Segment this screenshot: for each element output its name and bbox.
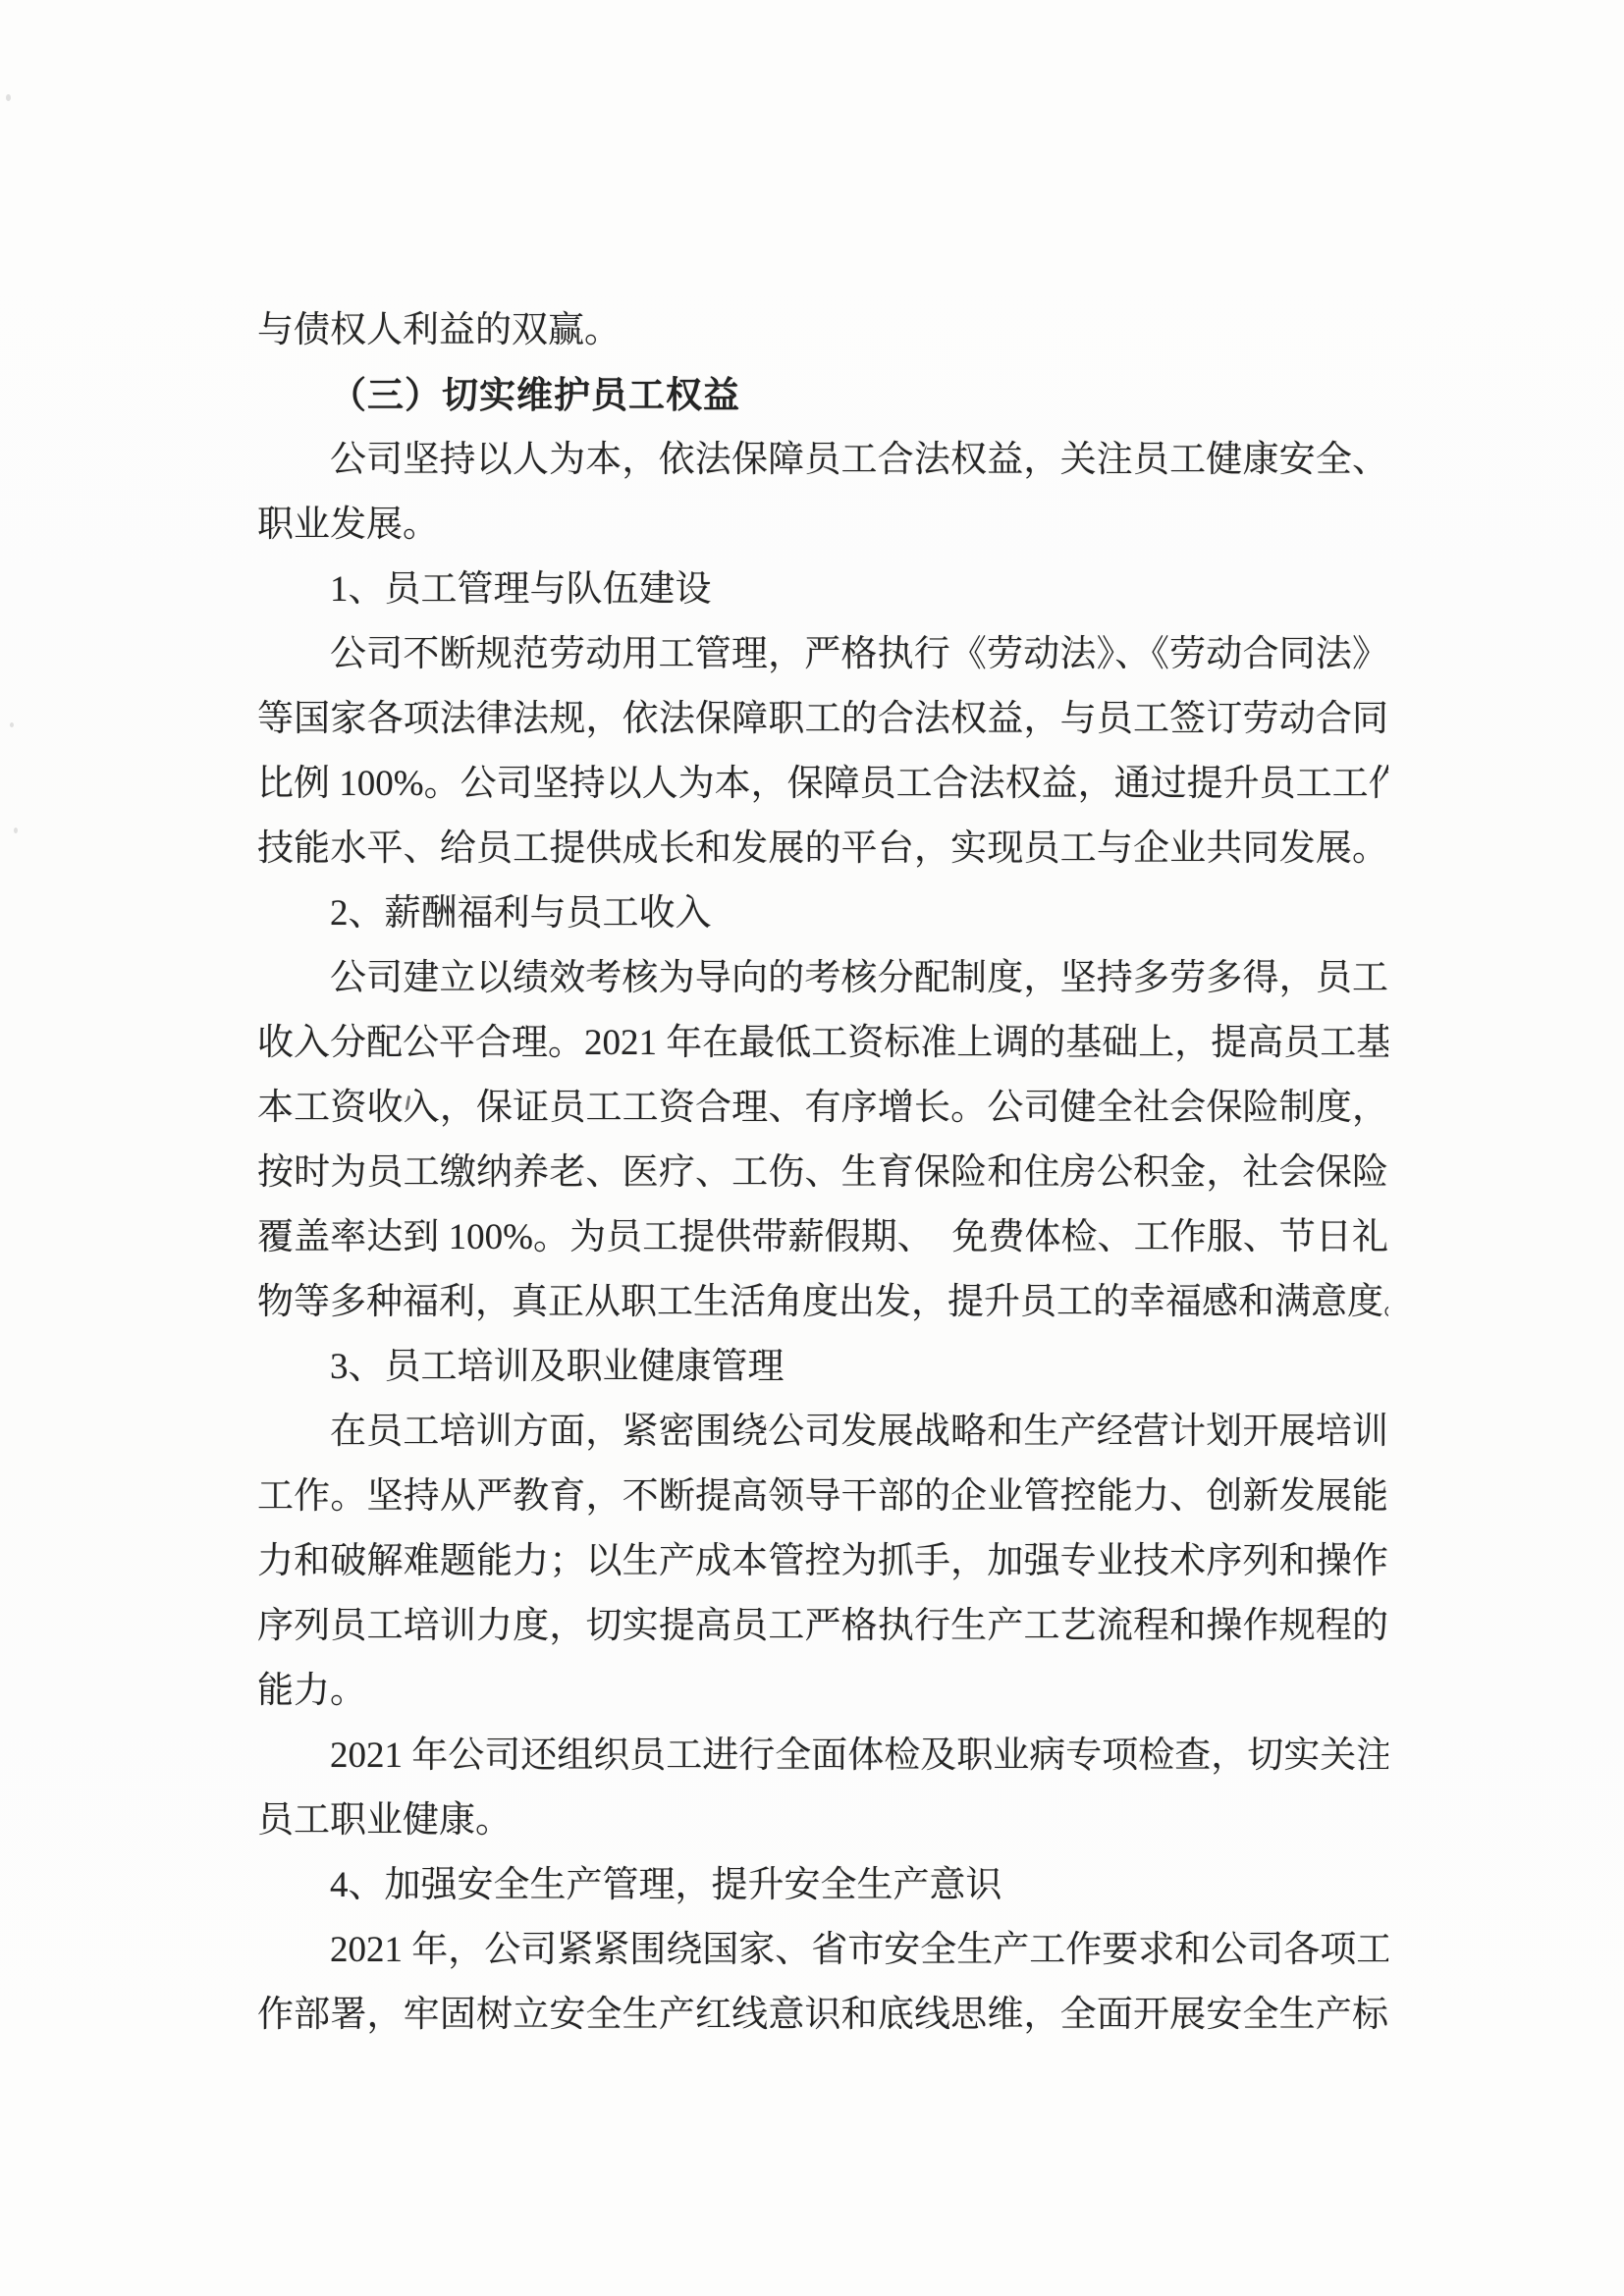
sub-heading: 2、薪酬福利与员工收入 bbox=[257, 881, 1388, 946]
sub-heading: 3、员工培训及职业健康管理 bbox=[257, 1335, 1388, 1400]
text-line: 序列员工培训力度，切实提高员工严格执行生产工艺流程和操作规程的 bbox=[257, 1594, 1388, 1659]
text-line: 公司不断规范劳动用工管理，严格执行《劳动法》、《劳动合同法》 bbox=[257, 622, 1388, 687]
text-line: 与债权人利益的双赢。 bbox=[257, 298, 1388, 363]
text-line: 公司坚持以人为本，依法保障员工合法权益，关注员工健康安全、 bbox=[257, 428, 1388, 493]
text-line: 技能水平、给员工提供成长和发展的平台，实现员工与企业共同发展。 bbox=[257, 817, 1388, 881]
text-line: 收入分配公平合理。2021 年在最低工资标准上调的基础上，提高员工基 bbox=[257, 1011, 1388, 1076]
section-heading: （三）切实维护员工权益 bbox=[257, 363, 1388, 428]
text-line: 公司建立以绩效考核为导向的考核分配制度，坚持多劳多得，员工 bbox=[257, 946, 1388, 1011]
text-line: 员工职业健康。 bbox=[257, 1789, 1388, 1853]
scan-speck bbox=[6, 94, 11, 101]
text-line: 力和破解难题能力；以生产成本管控为抓手，加强专业技术序列和操作 bbox=[257, 1529, 1388, 1594]
text-line: 本工资收入，保证员工工资合理、有序增长。公司健全社会保险制度， bbox=[257, 1076, 1388, 1141]
text-line: 物等多种福利，真正从职工生活角度出发，提升员工的幸福感和满意度。 bbox=[257, 1270, 1388, 1335]
text-line: 2021 年，公司紧紧围绕国家、省市安全生产工作要求和公司各项工 bbox=[257, 1918, 1388, 1983]
text-column: 与债权人利益的双赢。 （三）切实维护员工权益 公司坚持以人为本，依法保障员工合法… bbox=[257, 298, 1388, 2048]
text-line: 2021 年公司还组织员工进行全面体检及职业病专项检查，切实关注 bbox=[257, 1724, 1388, 1789]
text-line: 能力。 bbox=[257, 1659, 1388, 1724]
text-line: 作部署，牢固树立安全生产红线意识和底线思维，全面开展安全生产标 bbox=[257, 1983, 1388, 2048]
text-line: 等国家各项法律法规，依法保障职工的合法权益，与员工签订劳动合同 bbox=[257, 687, 1388, 752]
sub-heading: 4、加强安全生产管理，提升安全生产意识 bbox=[257, 1853, 1388, 1918]
scan-speck bbox=[14, 828, 18, 833]
text-line: 按时为员工缴纳养老、医疗、工伤、生育保险和住房公积金，社会保险 bbox=[257, 1141, 1388, 1205]
text-line: 工作。坚持从严教育，不断提高领导干部的企业管控能力、创新发展能 bbox=[257, 1465, 1388, 1529]
text-line: 职业发展。 bbox=[257, 493, 1388, 558]
text-line: 比例 100%。公司坚持以人为本，保障员工合法权益，通过提升员工工作 bbox=[257, 752, 1388, 817]
document-page: 与债权人利益的双赢。 （三）切实维护员工权益 公司坚持以人为本，依法保障员工合法… bbox=[0, 0, 1624, 2296]
sub-heading: 1、员工管理与队伍建设 bbox=[257, 558, 1388, 622]
text-line: 在员工培训方面，紧密围绕公司发展战略和生产经营计划开展培训 bbox=[257, 1400, 1388, 1465]
text-line: 覆盖率达到 100%。为员工提供带薪假期、 免费体检、工作服、节日礼 bbox=[257, 1205, 1388, 1270]
scan-speck bbox=[10, 722, 14, 727]
